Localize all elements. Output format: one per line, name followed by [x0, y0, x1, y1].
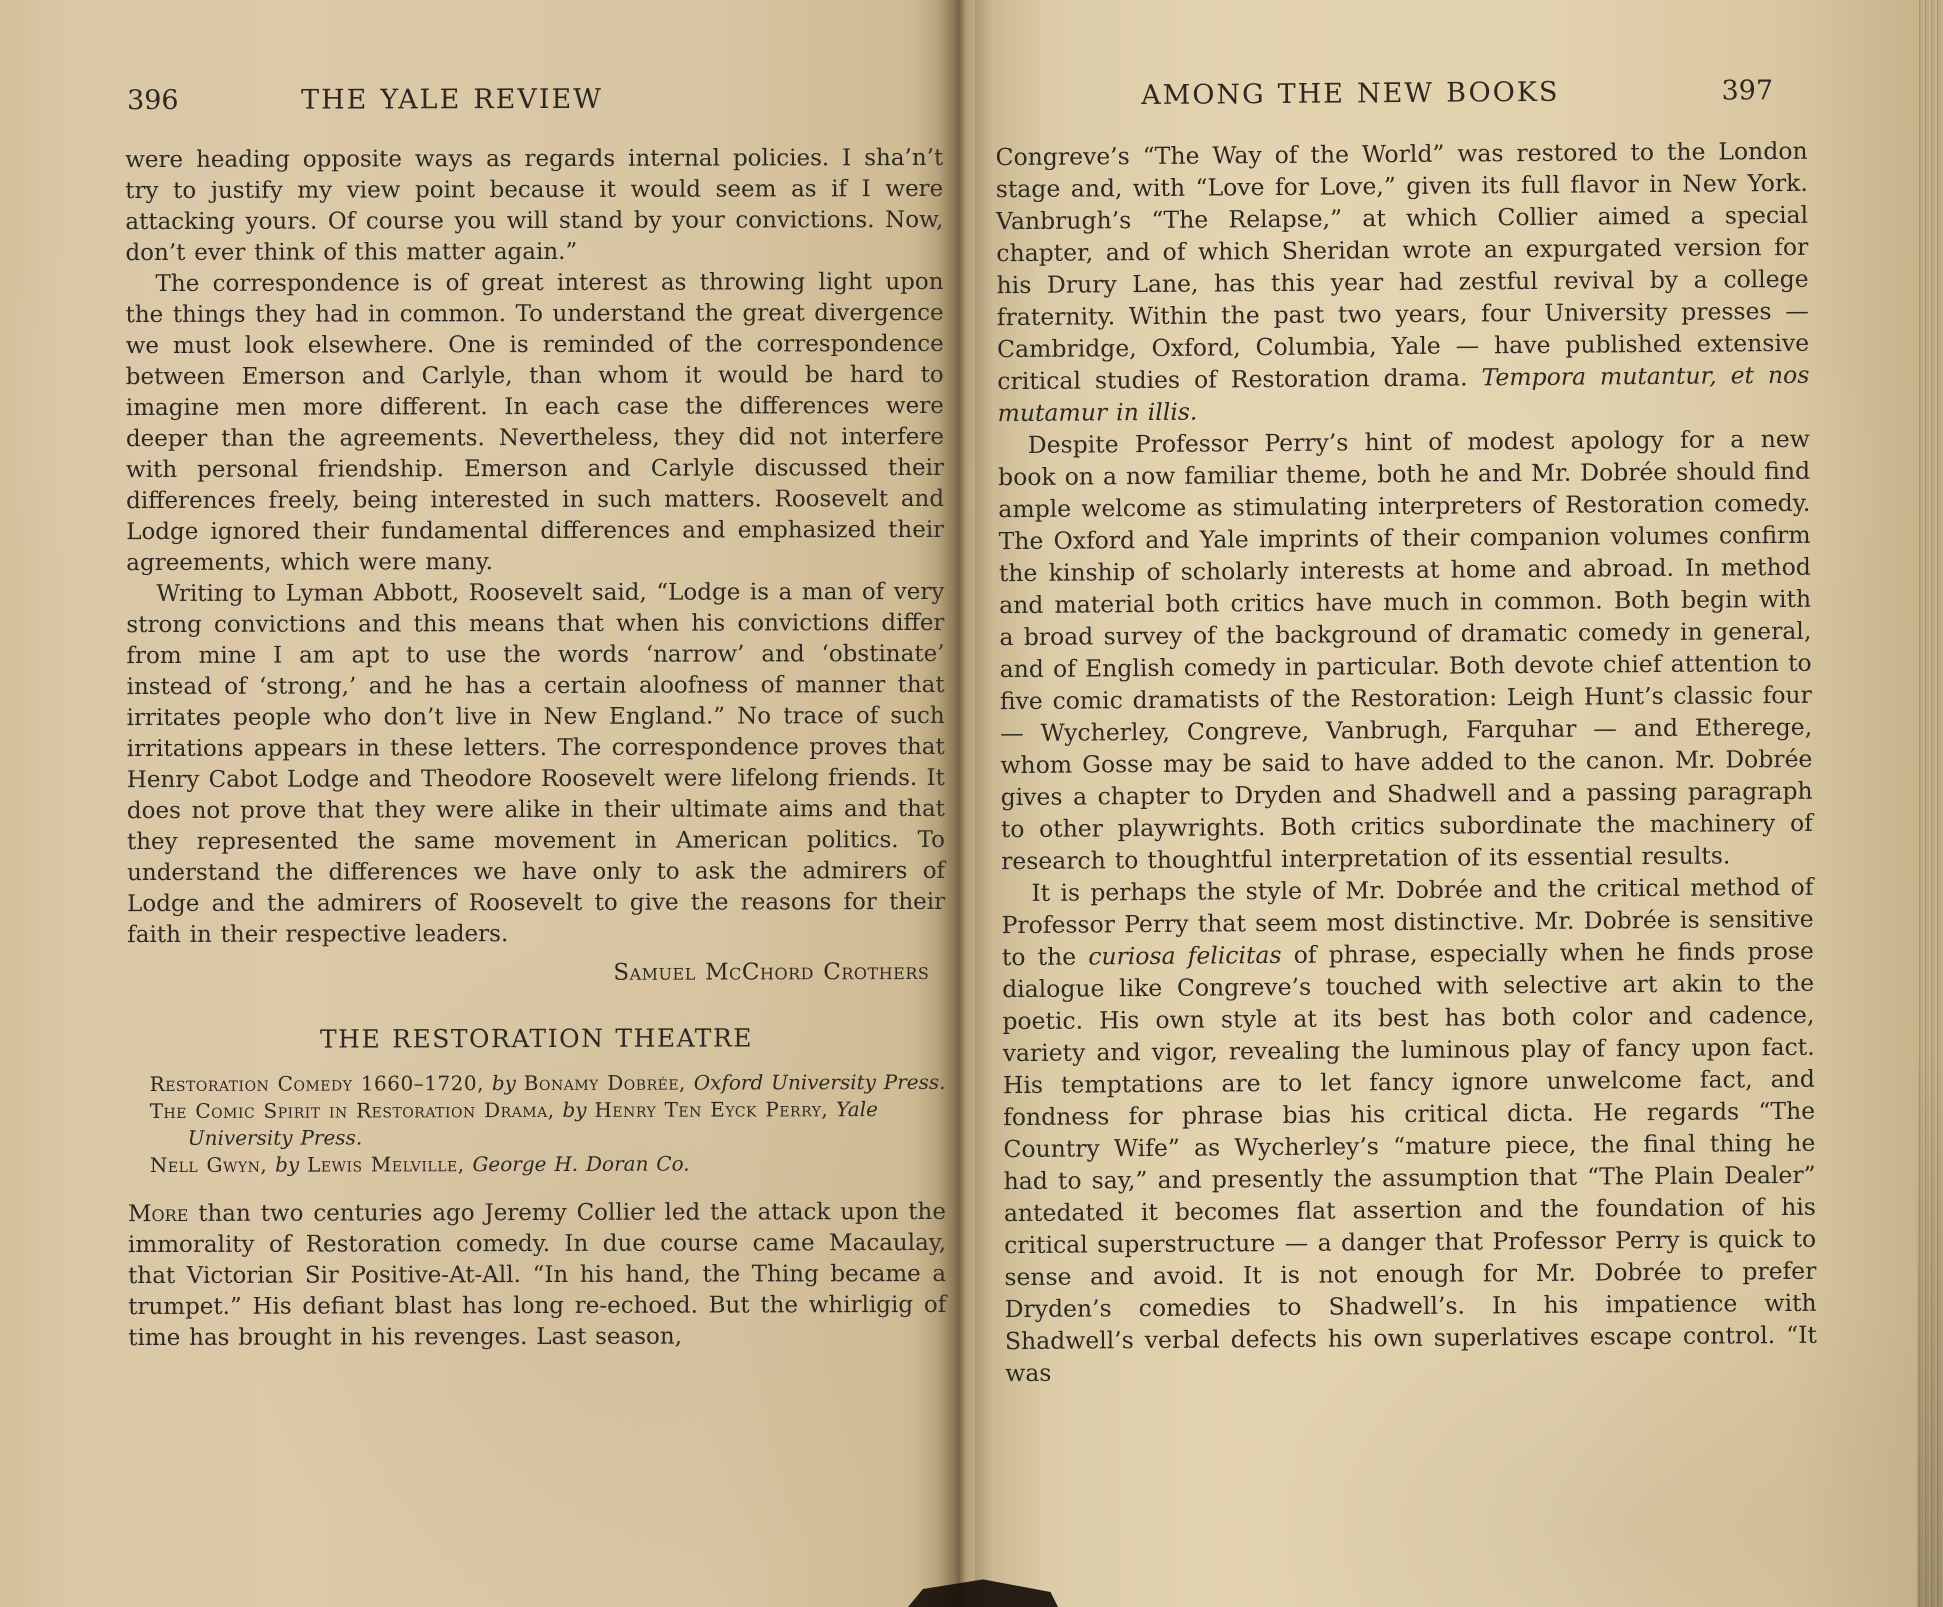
section-heading: THE RESTORATION THEATRE	[127, 1022, 945, 1055]
paragraph: The correspondence is of great interest …	[125, 267, 944, 579]
left-page-header: 396 THE YALE REVIEW	[125, 83, 943, 129]
page-number: 397	[1721, 75, 1773, 107]
paragraph: were heading opposite ways as regards in…	[125, 143, 943, 269]
text-segment: Writing to Lyman Abbott, Roosevelt said,…	[126, 579, 945, 948]
right-page-text: AMONG THE NEW BOOKS 397 Congreve’s “The …	[995, 75, 1817, 1389]
page-number: 396	[127, 85, 179, 116]
text-segment: Henry Ten Eyck Perry,	[594, 1097, 828, 1122]
text-segment: Oxford University Press.	[694, 1070, 946, 1095]
running-title: THE YALE REVIEW	[301, 84, 603, 116]
paragraph: Despite Professor Perry’s hint of modest…	[998, 423, 1813, 877]
text-segment: George H. Doran Co.	[472, 1152, 689, 1177]
paragraph: Nell Gwyn, by Lewis Melville, George H. …	[128, 1150, 946, 1179]
paragraph: It is perhaps the style of Mr. Dobrée an…	[1001, 871, 1817, 1389]
text-segment: by	[484, 1071, 524, 1095]
paragraph: More than two centuries ago Jeremy Colli…	[128, 1197, 946, 1354]
book-scan: 396 THE YALE REVIEW were heading opposit…	[0, 0, 1943, 1607]
text-segment: Restoration Comedy 1660–1720,	[150, 1071, 484, 1096]
body-text: were heading opposite ways as regards in…	[125, 143, 945, 951]
running-title: AMONG THE NEW BOOKS	[1141, 77, 1560, 112]
text-segment: of phrase, especially when he finds pros…	[1002, 937, 1817, 1387]
text-segment: by	[267, 1153, 307, 1177]
author-signature: Samuel McChord Crothers	[127, 957, 945, 990]
text-segment: Bonamy Dobrée,	[524, 1071, 686, 1095]
body-text: Congreve’s “The Way of the World” was re…	[995, 135, 1817, 1389]
text-segment: Lewis Melville,	[307, 1152, 465, 1176]
text-segment	[465, 1152, 473, 1176]
paragraph: Restoration Comedy 1660–1720, by Bonamy …	[128, 1069, 946, 1098]
left-page-text: 396 THE YALE REVIEW were heading opposit…	[125, 83, 946, 1354]
body-text: More than two centuries ago Jeremy Colli…	[128, 1197, 946, 1354]
bibliography: Restoration Comedy 1660–1720, by Bonamy …	[128, 1069, 946, 1179]
paragraph: Congreve’s “The Way of the World” was re…	[995, 135, 1809, 429]
right-page-header: AMONG THE NEW BOOKS 397	[995, 75, 1807, 125]
text-segment: than two centuries ago Jeremy Collier le…	[128, 1199, 946, 1351]
fore-edge-page-stack	[1917, 0, 1943, 1607]
text-segment: Nell Gwyn,	[150, 1153, 267, 1177]
text-segment: Despite Professor Perry’s hint of modest…	[998, 425, 1813, 875]
text-segment: by	[555, 1098, 595, 1122]
text-segment: The correspondence is of great interest …	[126, 269, 945, 576]
text-segment: curiosa felicitas	[1088, 941, 1281, 971]
paragraph: The Comic Spirit in Restoration Drama, b…	[128, 1096, 946, 1152]
text-segment: More	[128, 1201, 188, 1227]
text-segment: were heading opposite ways as regards in…	[125, 145, 943, 266]
paragraph: Writing to Lyman Abbott, Roosevelt said,…	[126, 577, 945, 951]
text-segment: The Comic Spirit in Restoration Drama,	[150, 1098, 555, 1123]
text-segment: Congreve’s “The Way of the World” was re…	[995, 137, 1809, 395]
